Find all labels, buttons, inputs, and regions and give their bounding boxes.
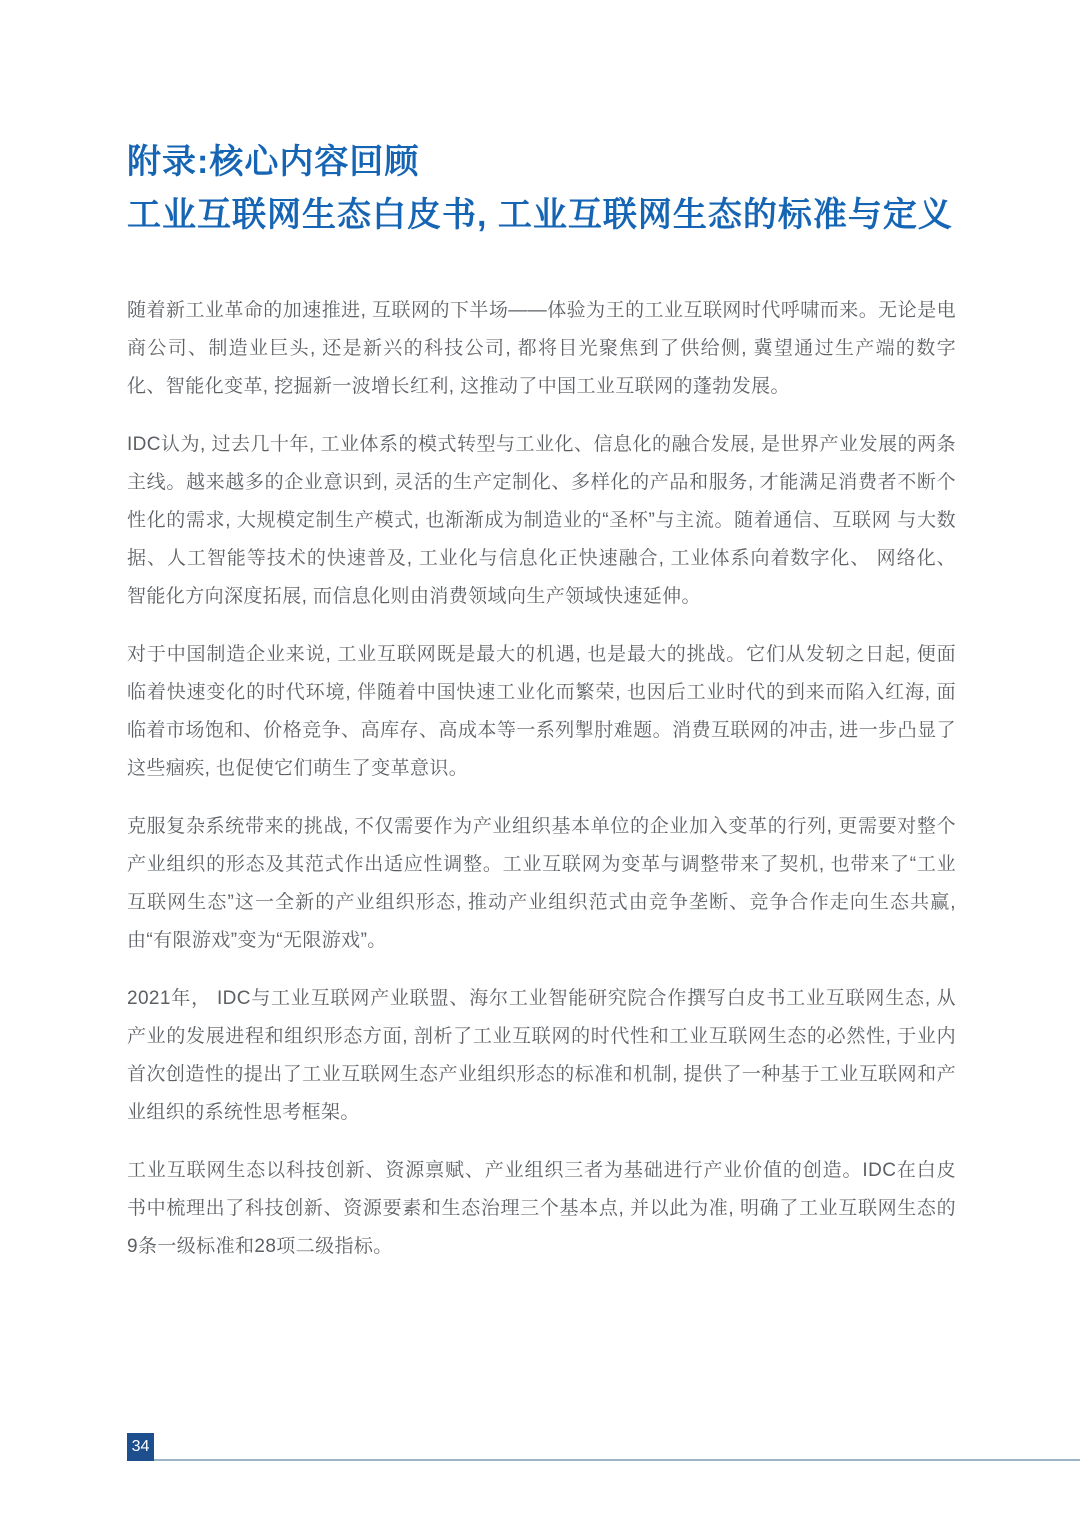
page-number-badge: 34 (127, 1433, 154, 1461)
document-page: 附录:核心内容回顾 工业互联网生态白皮书, 工业互联网生态的标准与定义 随着新工… (0, 0, 1080, 1527)
paragraph-ecosystem-change: 克服复杂系统带来的挑战, 不仅需要作为产业组织基本单位的企业加入变革的行列, 更… (127, 808, 956, 960)
paragraph-whitepaper-2021: 2021年， IDC与工业互联网产业联盟、海尔工业智能研究院合作撰写白皮书工业互… (127, 980, 956, 1132)
paragraph-standards-indicators: 工业互联网生态以科技创新、资源禀赋、产业组织三者为基础进行产业价值的创造。IDC… (127, 1152, 956, 1266)
paragraph-china-manufacturing: 对于中国制造企业来说, 工业互联网既是最大的机遇, 也是最大的挑战。它们从发轫之… (127, 636, 956, 788)
appendix-title-line-1: 附录:核心内容回顾 (127, 136, 956, 189)
footer-divider (129, 1459, 1080, 1461)
body-text: 随着新工业革命的加速推进, 互联网的下半场——体验为王的工业互联网时代呼啸而来。… (127, 292, 956, 1266)
appendix-title-line-2: 工业互联网生态白皮书, 工业互联网生态的标准与定义 (127, 189, 956, 242)
page-content: 附录:核心内容回顾 工业互联网生态白皮书, 工业互联网生态的标准与定义 随着新工… (127, 136, 956, 1286)
appendix-title: 附录:核心内容回顾 工业互联网生态白皮书, 工业互联网生态的标准与定义 (127, 136, 956, 242)
paragraph-intro: 随着新工业革命的加速推进, 互联网的下半场——体验为王的工业互联网时代呼啸而来。… (127, 292, 956, 406)
paragraph-idc-view: IDC认为, 过去几十年, 工业体系的模式转型与工业化、信息化的融合发展, 是世… (127, 426, 956, 616)
